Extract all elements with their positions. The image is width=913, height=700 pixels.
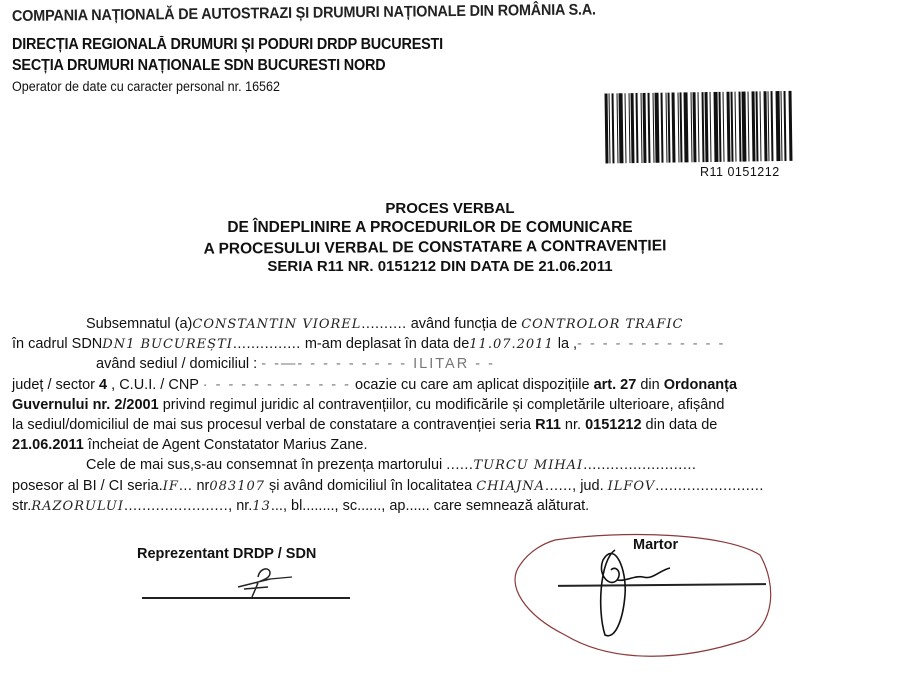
document-subtitle-1: DE ÎNDEPLINIRE A PROCEDURILOR DE COMUNIC… [80, 219, 780, 237]
document-title: PROCES VERBAL [100, 200, 800, 217]
body-line-7: 21.06.2011 încheiat de Agent Constatator… [12, 437, 368, 453]
handwritten-locality: CHIAJNA [476, 479, 545, 494]
body-line-4: județ / sector 4 , C.U.I. / CNP · - - - … [12, 377, 737, 393]
handwritten-county: ILFOV [608, 479, 656, 494]
handwritten-street: RAZORULUI [31, 499, 124, 514]
handwritten-function: CONTROLOR TRAFIC [521, 317, 683, 332]
body-line-3: având sediul / domiciliul : - -—- - - - … [96, 356, 495, 372]
handwritten-witness-name: TURCU MIHAI [473, 458, 583, 473]
document-subtitle-2: A PROCESULUI VERBAL DE CONSTATARE A CONT… [85, 237, 785, 260]
redacted-cnp: · - - - - - - - - - - - [203, 377, 351, 393]
body-line-5: Guvernului nr. 2/2001 privind regimul ju… [12, 397, 724, 413]
body-line-6: la sediul/domiciliul de mai sus procesul… [12, 417, 717, 433]
body-line-10: str.RAZORULUI......................., nr… [12, 498, 589, 514]
body-line-2: în cadrul SDNDN1 BUCUREȘTI..............… [12, 336, 725, 352]
representative-signature-icon [230, 565, 300, 600]
body-line-8: Cele de mai sus,s-au consemnat în prezen… [86, 457, 696, 473]
representative-label: Reprezentant DRDP / SDN [137, 546, 316, 562]
handwritten-date: 11.07.2011 [469, 337, 553, 352]
witness-signature-icon [595, 540, 695, 640]
directorate-name: DIRECȚIA REGIONALĂ DRUMURI ȘI PODURI DRD… [12, 36, 443, 54]
company-name: COMPANIA NAȚIONALĂ DE AUTOSTRAZI ȘI DRUM… [12, 1, 596, 26]
redacted-location: - - - - - - - - - - - - [577, 336, 725, 352]
section-name: SECȚIA DRUMURI NAȚIONALE SDN BUCURESTI N… [12, 57, 385, 75]
body-line-1: Subsemnatul (a)CONSTANTIN VIOREL........… [86, 316, 683, 332]
barcode-icon [605, 91, 818, 164]
barcode-number: R11 0151212 [700, 165, 780, 179]
handwritten-agent-name: CONSTANTIN VIOREL [192, 317, 361, 332]
handwritten-id-series: IF [163, 479, 179, 494]
handwritten-id-number: 083107 [209, 479, 265, 494]
redacted-address: - -—- - - - - - - - - ILITAR - - [261, 356, 495, 372]
document-series: SERIA R11 NR. 0151212 DIN DATA DE 21.06.… [90, 258, 790, 275]
handwritten-street-number: 13 [252, 499, 271, 514]
data-operator-number: Operator de date cu caracter personal nr… [12, 79, 280, 94]
body-line-9: posesor al BI / CI seria.IF... nr083107 … [12, 478, 764, 494]
handwritten-sdn: DN1 BUCUREȘTI [102, 337, 233, 352]
